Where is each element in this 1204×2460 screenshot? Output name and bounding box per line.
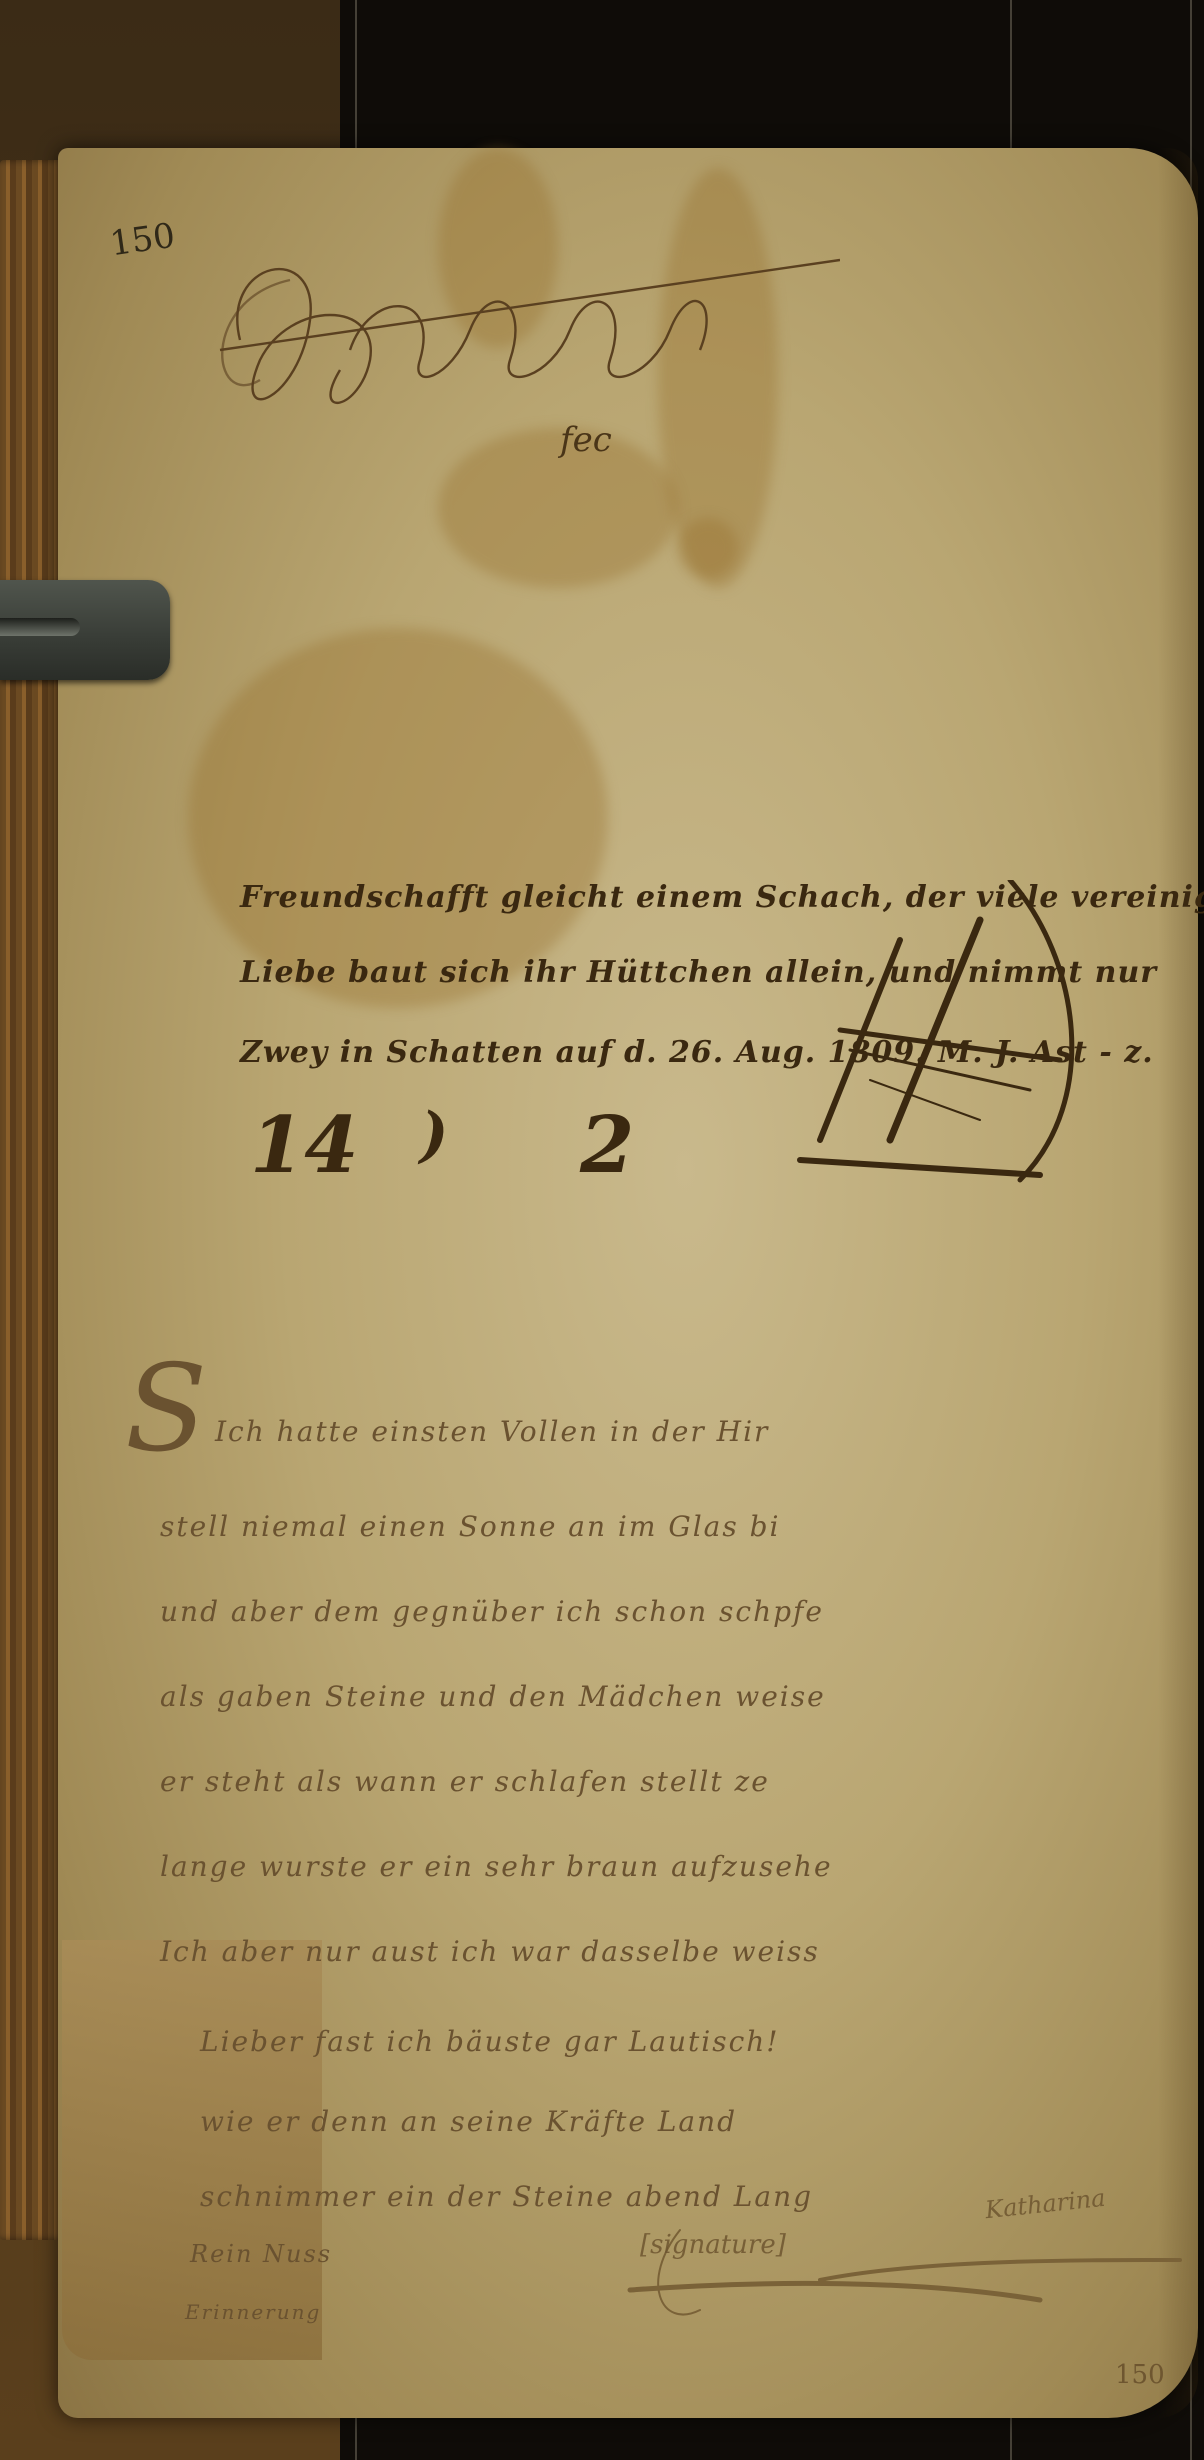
entry-number-mid: 2 xyxy=(580,1100,634,1191)
water-stain xyxy=(188,628,608,1008)
poem-initial-letter: S xyxy=(125,1340,207,1479)
poem-line: Ich aber nur aust ich war dasselbe weiss xyxy=(160,1935,820,1968)
poem-line: Ich hatte einsten Vollen in der Hir xyxy=(215,1415,769,1448)
book-binding-edge xyxy=(0,160,62,2240)
folded-corner xyxy=(62,1940,322,2360)
poem-line: lange wurste er ein sehr braun aufzusehe xyxy=(160,1850,833,1883)
fecit-abbreviation: fec xyxy=(560,420,612,460)
photo-scene: 150 fec Freundschafft gleicht einem Scha… xyxy=(0,0,1204,2460)
poem-line: als gaben Steine und den Mädchen weise xyxy=(160,1680,826,1713)
water-stain xyxy=(678,518,738,578)
poem-line: stell niemal einen Sonne an im Glas bi xyxy=(160,1510,781,1543)
poem-line: wie er denn an seine Kräfte Land xyxy=(200,2105,737,2138)
entry-mark: ) xyxy=(420,1100,448,1170)
folio-number-bottom: 150 xyxy=(1115,2360,1165,2390)
flourish-signature-icon xyxy=(200,240,840,440)
poem-line: und aber dem gegnüber ich schon schpfe xyxy=(160,1595,824,1628)
poem-line: Lieber fast ich bäuste gar Lautisch! xyxy=(200,2025,780,2058)
metal-page-clip xyxy=(0,580,170,680)
poem-footer: Erinnerung xyxy=(185,2300,321,2324)
clip-slot xyxy=(0,618,80,636)
entry-number-left: 14 xyxy=(250,1100,359,1191)
crossed-monogram-icon xyxy=(780,880,1100,1190)
poem-line: er steht als wann er schlafen stellt ze xyxy=(160,1765,770,1798)
poem-line: schnimmer ein der Steine abend Lang xyxy=(200,2180,813,2213)
signature-left: Rein Nuss xyxy=(190,2240,332,2268)
signature-main: [signature] xyxy=(640,2230,786,2260)
page-curl-shadow xyxy=(1158,148,1198,2418)
water-stain xyxy=(438,428,678,588)
